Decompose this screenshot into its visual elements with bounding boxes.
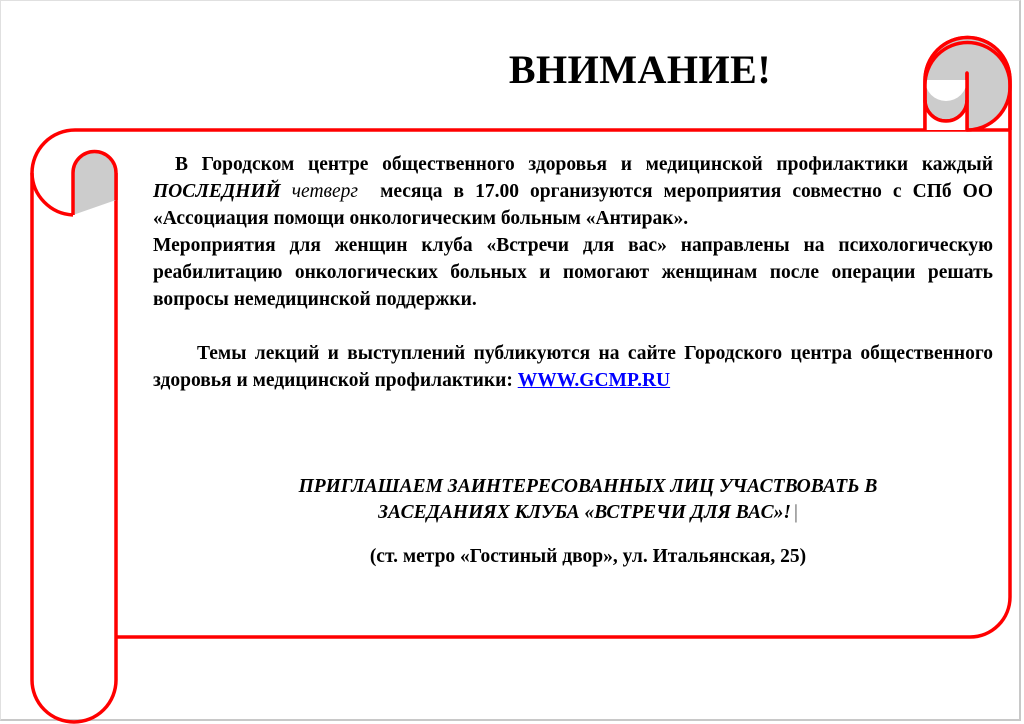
scroll-left-roll-arc <box>32 173 73 215</box>
spacer <box>153 313 993 340</box>
website-link[interactable]: WWW.GCMP.RU <box>518 370 670 391</box>
invitation: ПРИГЛАШАЕМ ЗАИНТЕРЕСОВАННЫХ ЛИЦ УЧАСТВОВ… <box>153 474 1023 526</box>
paragraph-topics: Темы лекций и выступлений публикуются на… <box>153 340 993 394</box>
scroll-left-roll <box>32 130 116 722</box>
paragraph-club: Мероприятия для женщин клуба «Встречи дл… <box>153 232 993 313</box>
paragraph-schedule-text: В Городском центре общественного здоровь… <box>175 154 993 175</box>
address: (ст. метро «Гостиный двор», ул. Итальянс… <box>153 544 1023 570</box>
scroll-left-curl <box>73 152 116 216</box>
text-cursor: | <box>794 502 798 523</box>
emphasis-thursday: четверг <box>292 181 358 202</box>
invitation-line-2-text: ЗАСЕДАНИЯХ КЛУБА «ВСТРЕЧИ ДЛЯ ВАС»! <box>378 502 791 523</box>
emphasis-last: ПОСЛЕДНИЙ <box>153 181 281 202</box>
document-body: В Городском центре общественного здоровь… <box>153 151 993 394</box>
invitation-line-1: ПРИГЛАШАЕМ ЗАИНТЕРЕСОВАННЫХ ЛИЦ УЧАСТВОВ… <box>153 474 1023 500</box>
paragraph-schedule: В Городском центре общественного здоровь… <box>153 151 993 232</box>
page-title: ВНИМАНИЕ! <box>480 46 800 93</box>
invitation-line-2: ЗАСЕДАНИЯХ КЛУБА «ВСТРЕЧИ ДЛЯ ВАС»!| <box>153 500 1023 526</box>
